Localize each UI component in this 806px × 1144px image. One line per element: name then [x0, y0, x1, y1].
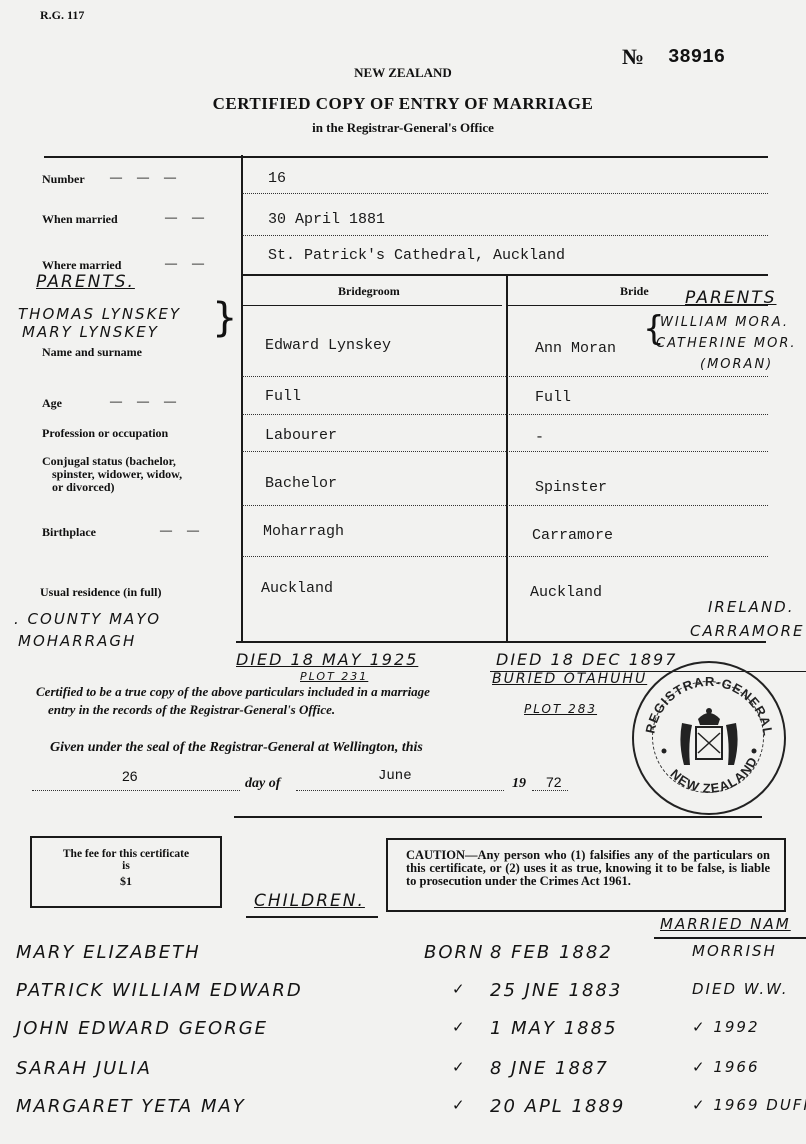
child-mark: BORN — [424, 942, 485, 963]
groom-parents-heading: PARENTS. — [36, 272, 135, 292]
bride-parent-2: CATHERINE MOR. — [656, 336, 797, 351]
row-divider — [242, 274, 768, 276]
groom-age: Full — [265, 388, 301, 405]
groom-parent-1: THOMAS LYNSKEY — [18, 305, 181, 323]
child-name: PATRICK WILLIAM EDWARD — [16, 980, 303, 1001]
caution-text: CAUTION—Any person who (1) falsifies any… — [406, 849, 770, 888]
row-divider — [242, 505, 768, 506]
fee-box: The fee for this certificate is $1 — [30, 836, 222, 908]
child-born: 25 JNE 1883 — [490, 980, 622, 1001]
child-married-note: DIED W.W. — [692, 980, 789, 998]
svg-text:NEW ZEALAND: NEW ZEALAND — [667, 754, 760, 796]
fee-line-1: The fee for this certificate — [32, 848, 220, 860]
child-mark: ✓ — [452, 980, 467, 998]
bride-parents-heading: PARENTS — [685, 288, 776, 308]
row-divider — [242, 414, 768, 415]
child-mark: ✓ — [452, 1018, 467, 1036]
groom-conjugal-status: Bachelor — [265, 475, 337, 492]
label-profession: Profession or occupation — [42, 426, 168, 441]
child-name: MARY ELIZABETH — [16, 942, 201, 963]
brace-icon: } — [212, 298, 237, 338]
children-heading: CHILDREN. — [254, 891, 365, 911]
child-name: MARGARET YETA MAY — [16, 1096, 246, 1117]
child-born: 8 FEB 1882 — [490, 942, 613, 963]
bride-origin-1: IRELAND. — [708, 598, 794, 616]
table-bottom-rule — [236, 641, 766, 643]
label-column-divider — [241, 155, 243, 642]
groom-parent-2: MARY LYNSKEY — [22, 323, 159, 341]
label-conjugal-3: or divorced) — [52, 480, 115, 495]
given-under-seal: Given under the seal of the Registrar-Ge… — [50, 740, 423, 756]
bride-plot: PLOT 283 — [524, 702, 597, 716]
bride-conjugal-status: Spinster — [535, 479, 607, 496]
bride-column-divider — [506, 274, 508, 642]
groom-plot: PLOT 231 — [300, 670, 368, 683]
certification-line-2: entry in the records of the Registrar-Ge… — [48, 702, 335, 718]
child-mark: ✓ — [452, 1096, 467, 1114]
groom-origin-2: MOHARRAGH — [18, 632, 136, 650]
certification-line-1: Certified to be a true copy of the above… — [36, 684, 430, 700]
page-title: CERTIFIED COPY OF ENTRY OF MARRIAGE — [0, 94, 806, 114]
entry-when-married: 30 April 1881 — [268, 211, 385, 228]
bride-age: Full — [535, 389, 571, 406]
seal-text: REGISTRAR-GENERAL NEW ZEALAND — [634, 663, 784, 813]
label-name-surname: Name and surname — [42, 345, 142, 360]
bride-parent-1: WILLIAM MORA. — [660, 315, 789, 330]
entry-where-married: St. Patrick's Cathedral, Auckland — [268, 247, 565, 264]
label-when-married: When married — [42, 212, 118, 227]
day-of-label: day of — [245, 776, 280, 792]
table-top-rule — [44, 156, 768, 158]
bride-birthplace: Carramore — [532, 527, 613, 544]
registrar-general-seal: REGISTRAR-GENERAL NEW ZEALAND — [632, 661, 786, 815]
label-residence: Usual residence (in full) — [40, 585, 161, 600]
married-name-heading: MARRIED NAM — [660, 915, 791, 933]
groom-died: DIED 18 MAY 1925 — [236, 650, 418, 669]
child-married-note: ✓ 1992 — [692, 1018, 760, 1036]
child-married-note: MORRISH — [692, 942, 777, 960]
country-heading: NEW ZEALAND — [0, 65, 806, 81]
groom-name: Edward Lynskey — [265, 337, 391, 354]
bride-residence: Auckland — [530, 584, 602, 601]
century-label: 19 — [512, 776, 526, 792]
label-birthplace: Birthplace — [42, 525, 96, 540]
row-divider — [242, 556, 768, 557]
bridegroom-header: Bridegroom — [338, 284, 400, 299]
groom-origin-1: . COUNTY MAYO — [14, 610, 161, 628]
groom-birthplace: Moharragh — [263, 523, 344, 540]
child-born: 20 APL 1889 — [490, 1096, 625, 1117]
groom-residence: Auckland — [261, 580, 333, 597]
certification-year: 72 — [546, 774, 562, 790]
fee-line-2: is — [32, 860, 220, 872]
child-married-note: ✓ 1966 — [692, 1058, 760, 1076]
child-name: JOHN EDWARD GEORGE — [16, 1018, 268, 1039]
child-married-note: ✓ 1969 DUFFIN — [692, 1096, 806, 1114]
child-born: 8 JNE 1887 — [490, 1058, 609, 1079]
bride-name: Ann Moran — [535, 340, 616, 357]
row-divider — [242, 193, 768, 194]
bride-origin-2: CARRAMORE — [690, 622, 805, 640]
form-code: R.G. 117 — [40, 8, 84, 23]
child-name: SARAH JULIA — [16, 1058, 152, 1079]
row-divider — [242, 235, 768, 236]
bride-profession: - — [535, 429, 544, 446]
page-subtitle: in the Registrar-General's Office — [0, 120, 806, 136]
row-divider — [242, 451, 768, 452]
child-mark: ✓ — [452, 1058, 467, 1076]
label-where-married: Where married — [42, 258, 121, 273]
certification-day: 26 — [122, 768, 138, 784]
row-divider — [242, 376, 768, 377]
entry-number: 16 — [268, 170, 286, 187]
certification-month: June — [378, 768, 412, 784]
caution-box: CAUTION—Any person who (1) falsifies any… — [386, 838, 786, 912]
coat-of-arms-icon — [662, 708, 757, 765]
label-age: Age — [42, 396, 62, 411]
fee-amount: $1 — [32, 874, 220, 889]
child-born: 1 MAY 1885 — [490, 1018, 618, 1039]
groom-profession: Labourer — [265, 427, 337, 444]
bride-parent-2-maiden: (MORAN) — [700, 357, 773, 372]
bride-buried: BURIED OTAHUHU — [492, 671, 647, 687]
bride-header: Bride — [620, 284, 649, 299]
label-number: Number — [42, 172, 85, 187]
row-divider — [242, 305, 502, 306]
